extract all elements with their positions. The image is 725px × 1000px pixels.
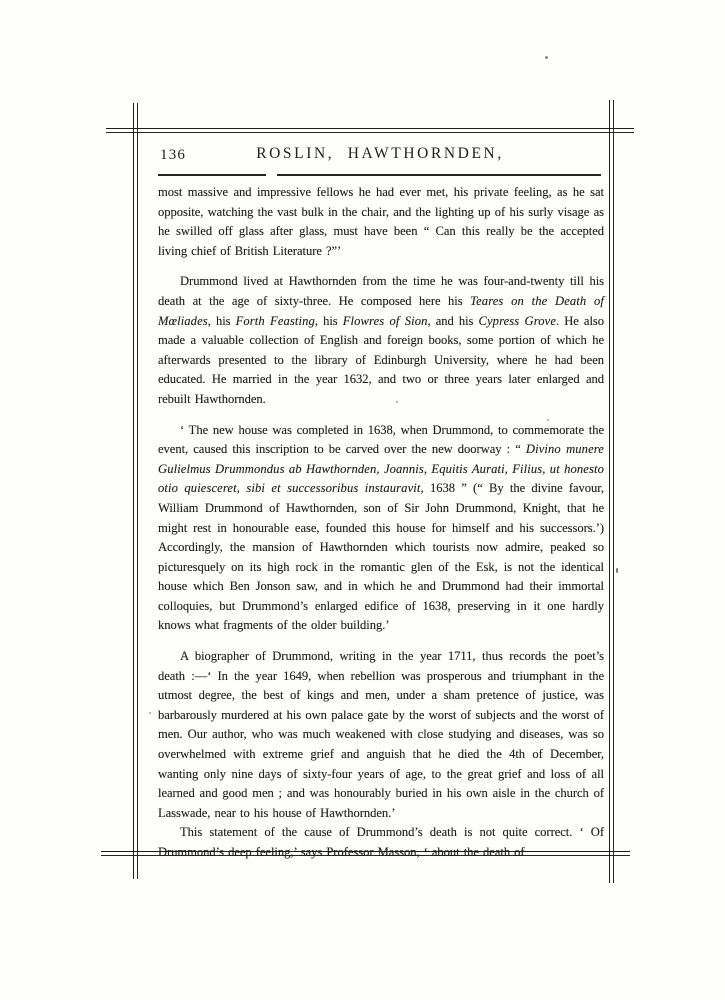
paragraph-drummond-lived: Drummond lived at Hawthornden from the t… [158, 272, 604, 409]
italic-text-run: Forth Feasting [236, 314, 315, 328]
text-run: , his [208, 314, 236, 328]
text-run: most massive and impressive fellows he h… [158, 185, 604, 258]
header-rule-left [158, 174, 266, 176]
paragraph-new-house: ‘ The new house was completed in 1638, w… [158, 421, 604, 637]
header-rule-right [277, 174, 601, 176]
book-page: 136 ROSLIN, HAWTHORNDEN, most massive an… [0, 0, 725, 1000]
italic-text-run: Flowres of Sion [343, 314, 428, 328]
scan-speck [616, 568, 618, 573]
text-run: This statement of the cause of Drummond’… [158, 825, 604, 859]
running-title: ROSLIN, HAWTHORNDEN, [158, 145, 602, 163]
scan-speck [149, 712, 151, 714]
italic-text-run: Cypress Grove [478, 314, 556, 328]
frame-top-rule [106, 128, 634, 133]
scan-speck [547, 419, 549, 421]
scan-speck [545, 56, 548, 59]
frame-right-rule [609, 100, 614, 883]
text-block: most massive and impressive fellows he h… [158, 183, 604, 863]
text-run: A biographer of Drummond, writing in the… [158, 649, 604, 820]
text-run: , and his [428, 314, 479, 328]
running-head: 136 ROSLIN, HAWTHORNDEN, [158, 144, 602, 168]
frame-left-rule [133, 103, 138, 879]
paragraph-biographer: A biographer of Drummond, writing in the… [158, 647, 604, 823]
paragraph-statement: This statement of the cause of Drummond’… [158, 823, 604, 862]
paragraph-continuation: most massive and impressive fellows he h… [158, 183, 604, 261]
scan-speck [396, 401, 398, 403]
text-run: , his [315, 314, 343, 328]
text-run: 1638 ” (“ By the divine favour, William … [158, 481, 604, 632]
